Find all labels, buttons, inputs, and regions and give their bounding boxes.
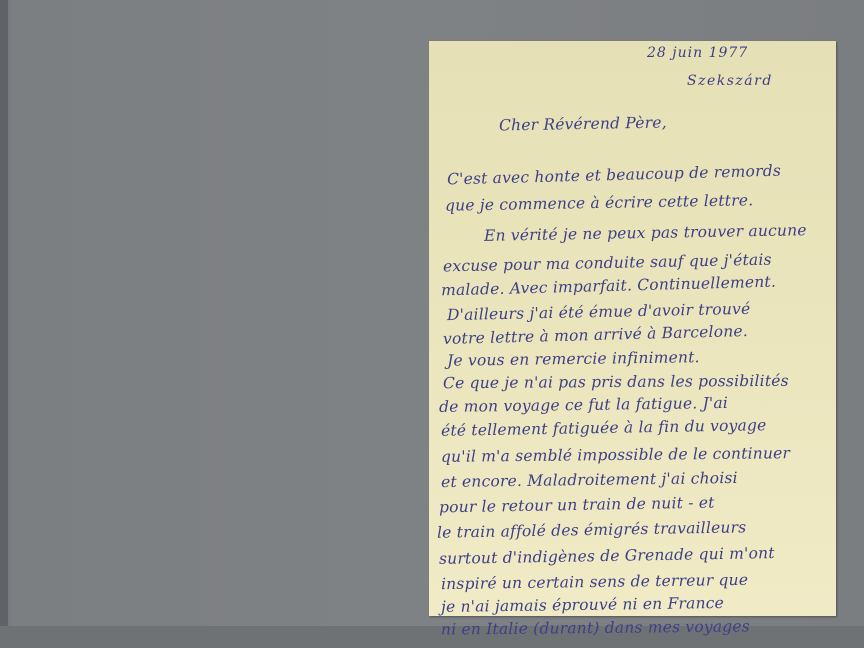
letter-line: de mon voyage ce fut la fatigue. J'ai bbox=[439, 394, 728, 416]
letter-line: votre lettre à mon arrivé à Barcelone. bbox=[443, 322, 748, 348]
letter-line: et encore. Maladroitement j'ai choisi bbox=[441, 469, 738, 491]
letter-line: été tellement fatiguée à la fin du voyag… bbox=[441, 416, 767, 440]
letter-salutation: Cher Révérend Père, bbox=[499, 114, 667, 135]
letter-line: que je commence à écrire cette lettre. bbox=[445, 191, 754, 214]
letter-line: inspiré un certain sens de terreur que bbox=[441, 571, 748, 593]
letter-line: Je vous en remercie infiniment. bbox=[447, 348, 700, 370]
letter-place: Szekszárd bbox=[687, 73, 773, 89]
background-shadow bbox=[0, 0, 8, 648]
letter-line: qu'il m'a semblé impossible de le contin… bbox=[441, 444, 790, 466]
letter-line: je n'ai jamais éprouvé ni en France bbox=[441, 594, 724, 616]
letter-line: malade. Avec imparfait. Continuellement. bbox=[441, 273, 776, 300]
letter-line: D'ailleurs j'ai été émue d'avoir trouvé bbox=[447, 300, 751, 324]
letter-line: le train affolé des émigrés travailleurs bbox=[437, 518, 747, 541]
letter-line: ni en Italie (durant) dans mes voyages bbox=[441, 617, 750, 638]
letter-line: En vérité je ne peux pas trouver aucune bbox=[484, 221, 807, 245]
letter-page: 28 juin 1977 Szekszárd Cher Révérend Pèr… bbox=[429, 41, 836, 616]
letter-line: Ce que je n'ai pas pris dans les possibi… bbox=[443, 372, 789, 392]
letter-line: pour le retour un train de nuit - et bbox=[439, 494, 715, 517]
letter-line: surtout d'indigènes de Grenade qui m'ont bbox=[439, 544, 775, 568]
letter-date: 28 juin 1977 bbox=[647, 45, 748, 61]
letter-line: C'est avec honte et beaucoup de remords bbox=[447, 162, 781, 189]
letter-line: excuse pour ma conduite sauf que j'étais bbox=[443, 251, 772, 276]
